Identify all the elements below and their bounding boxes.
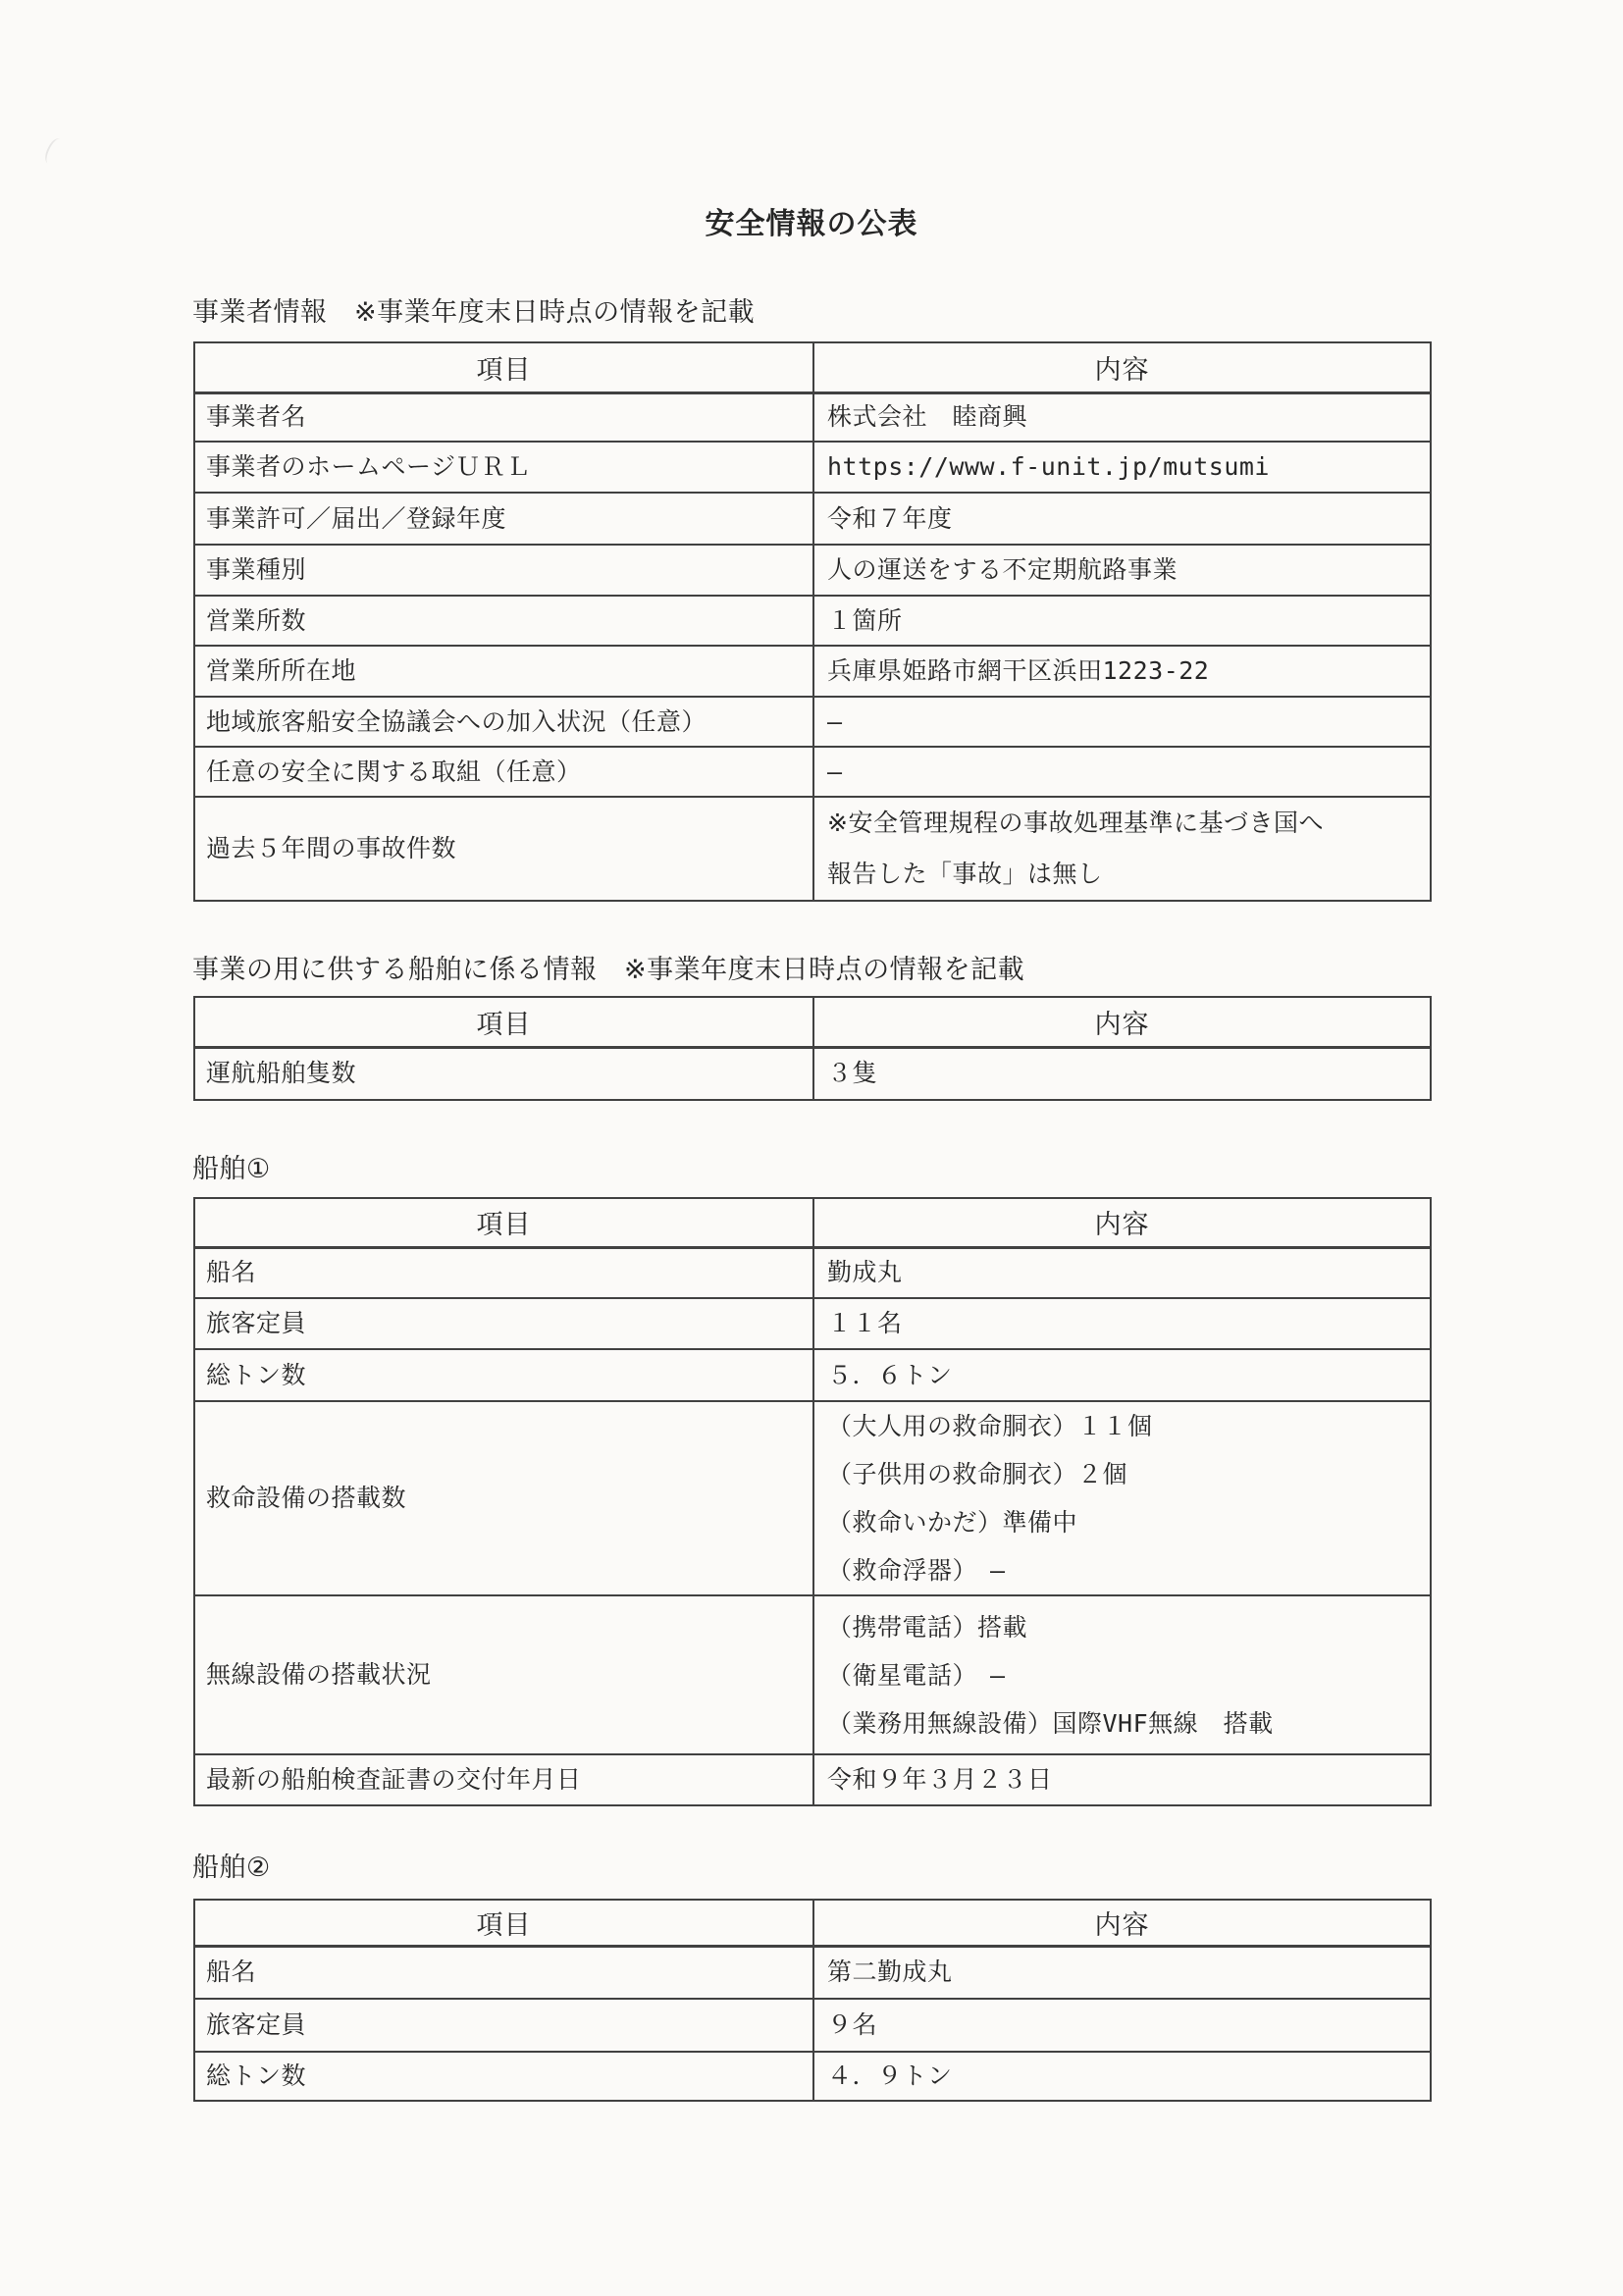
row-office-address: 営業所所在地 兵庫県姫路市網干区浜田1223-22 — [194, 646, 1431, 697]
content-line: ※安全管理規程の事故処理基準に基づき国へ — [827, 798, 1430, 849]
item-cell: 事業種別 — [194, 545, 813, 596]
content-cell: https://www.f-unit.jp/mutsumi — [813, 442, 1431, 493]
section-heading-vessel-info: 事業の用に供する船舶に係る情報 ※事業年度末日時点の情報を記載 — [192, 955, 1024, 985]
section-heading-ship-1: 船舶① — [192, 1154, 271, 1184]
row-passenger-capacity-2: 旅客定員 ９名 — [194, 1999, 1431, 2052]
column-header-item: 項目 — [194, 342, 813, 392]
content-cell: （大人用の救命胴衣）１１個 （子供用の救命胴衣）２個 （救命いかだ）準備中 （救… — [813, 1401, 1431, 1595]
row-gross-tonnage-1: 総トン数 ５．６トン — [194, 1349, 1431, 1401]
row-operator-name: 事業者名 株式会社 睦商興 — [194, 392, 1431, 442]
item-cell: 無線設備の搭載状況 — [194, 1595, 813, 1754]
content-cell: 令和９年３月２３日 — [813, 1754, 1431, 1805]
content-cell: ４．９トン — [813, 2052, 1431, 2101]
table-header-row: 項目 内容 — [194, 342, 1431, 392]
content-cell: ９名 — [813, 1999, 1431, 2052]
table-header-row: 項目 内容 — [194, 1900, 1431, 1946]
table-header-row: 項目 内容 — [194, 997, 1431, 1047]
row-inspection-certificate-date: 最新の船舶検査証書の交付年月日 令和９年３月２３日 — [194, 1754, 1431, 1805]
content-line: （携帯電話）搭載 — [827, 1603, 1430, 1651]
item-cell: 任意の安全に関する取組（任意） — [194, 747, 813, 797]
content-line: （衛星電話） ― — [827, 1651, 1430, 1699]
content-line: （子供用の救命胴衣）２個 — [827, 1450, 1430, 1498]
row-license-year: 事業許可／届出／登録年度 令和７年度 — [194, 493, 1431, 545]
content-line: （救命いかだ）準備中 — [827, 1498, 1430, 1546]
row-council-membership: 地域旅客船安全協議会への加入状況（任意） ― — [194, 697, 1431, 747]
row-gross-tonnage-2: 総トン数 ４．９トン — [194, 2052, 1431, 2101]
content-cell: 株式会社 睦商興 — [813, 392, 1431, 442]
content-cell: 兵庫県姫路市網干区浜田1223-22 — [813, 646, 1431, 697]
row-radio-equipment: 無線設備の搭載状況 （携帯電話）搭載 （衛星電話） ― （業務用無線設備）国際V… — [194, 1595, 1431, 1754]
table-header-row: 項目 内容 — [194, 1198, 1431, 1247]
row-vessel-count: 運航船舶隻数 ３隻 — [194, 1047, 1431, 1100]
content-cell: 人の運送をする不定期航路事業 — [813, 545, 1431, 596]
row-office-count: 営業所数 １箇所 — [194, 596, 1431, 646]
row-ship-name-1: 船名 勤成丸 — [194, 1247, 1431, 1298]
column-header-content: 内容 — [813, 1198, 1431, 1247]
item-cell: 運航船舶隻数 — [194, 1047, 813, 1100]
row-business-type: 事業種別 人の運送をする不定期航路事業 — [194, 545, 1431, 596]
item-cell: 事業者のホームページＵＲＬ — [194, 442, 813, 493]
item-cell: 最新の船舶検査証書の交付年月日 — [194, 1754, 813, 1805]
content-cell: ５．６トン — [813, 1349, 1431, 1401]
ship-2-table: 項目 内容 船名 第二勤成丸 旅客定員 ９名 総トン数 ４．９トン — [193, 1899, 1432, 2102]
column-header-item: 項目 — [194, 997, 813, 1047]
content-cell: １１名 — [813, 1298, 1431, 1349]
content-line: （救命浮器） ― — [827, 1546, 1430, 1594]
item-cell: 船名 — [194, 1946, 813, 1999]
content-cell: ３隻 — [813, 1047, 1431, 1100]
row-homepage-url: 事業者のホームページＵＲＬ https://www.f-unit.jp/muts… — [194, 442, 1431, 493]
page-title: 安全情報の公表 — [0, 199, 1623, 242]
scan-artifact — [42, 135, 67, 166]
row-voluntary-safety: 任意の安全に関する取組（任意） ― — [194, 747, 1431, 797]
content-cell: ※安全管理規程の事故処理基準に基づき国へ 報告した「事故」は無し — [813, 797, 1431, 901]
content-cell: 勤成丸 — [813, 1247, 1431, 1298]
column-header-item: 項目 — [194, 1198, 813, 1247]
column-header-content: 内容 — [813, 997, 1431, 1047]
vessel-count-table: 項目 内容 運航船舶隻数 ３隻 — [193, 996, 1432, 1101]
content-cell: 第二勤成丸 — [813, 1946, 1431, 1999]
row-passenger-capacity-1: 旅客定員 １１名 — [194, 1298, 1431, 1349]
item-cell: 営業所所在地 — [194, 646, 813, 697]
item-cell: 総トン数 — [194, 2052, 813, 2101]
item-cell: 旅客定員 — [194, 1999, 813, 2052]
column-header-content: 内容 — [813, 1900, 1431, 1946]
column-header-item: 項目 — [194, 1900, 813, 1946]
item-cell: 事業許可／届出／登録年度 — [194, 493, 813, 545]
content-cell: 令和７年度 — [813, 493, 1431, 545]
content-cell: １箇所 — [813, 596, 1431, 646]
row-accident-count: 過去５年間の事故件数 ※安全管理規程の事故処理基準に基づき国へ 報告した「事故」… — [194, 797, 1431, 901]
item-cell: 船名 — [194, 1247, 813, 1298]
section-heading-operator-info: 事業者情報 ※事業年度末日時点の情報を記載 — [192, 297, 755, 328]
item-cell: 過去５年間の事故件数 — [194, 797, 813, 901]
content-cell: ― — [813, 697, 1431, 747]
scanned-document-page: 安全情報の公表 事業者情報 ※事業年度末日時点の情報を記載 項目 内容 事業者名… — [0, 0, 1623, 2296]
row-lifesaving-equipment: 救命設備の搭載数 （大人用の救命胴衣）１１個 （子供用の救命胴衣）２個 （救命い… — [194, 1401, 1431, 1595]
content-cell: ― — [813, 747, 1431, 797]
content-line: （大人用の救命胴衣）１１個 — [827, 1402, 1430, 1450]
section-heading-ship-2: 船舶② — [192, 1852, 271, 1883]
item-cell: 地域旅客船安全協議会への加入状況（任意） — [194, 697, 813, 747]
row-ship-name-2: 船名 第二勤成丸 — [194, 1946, 1431, 1999]
item-cell: 総トン数 — [194, 1349, 813, 1401]
ship-1-table: 項目 内容 船名 勤成丸 旅客定員 １１名 総トン数 ５．６トン 救命設備の搭載… — [193, 1197, 1432, 1806]
content-cell: （携帯電話）搭載 （衛星電話） ― （業務用無線設備）国際VHF無線 搭載 — [813, 1595, 1431, 1754]
column-header-content: 内容 — [813, 342, 1431, 392]
item-cell: 営業所数 — [194, 596, 813, 646]
content-line: （業務用無線設備）国際VHF無線 搭載 — [827, 1699, 1430, 1748]
content-line: 報告した「事故」は無し — [827, 849, 1430, 900]
item-cell: 旅客定員 — [194, 1298, 813, 1349]
item-cell: 事業者名 — [194, 392, 813, 442]
operator-info-table: 項目 内容 事業者名 株式会社 睦商興 事業者のホームページＵＲＬ https:… — [193, 341, 1432, 902]
item-cell: 救命設備の搭載数 — [194, 1401, 813, 1595]
